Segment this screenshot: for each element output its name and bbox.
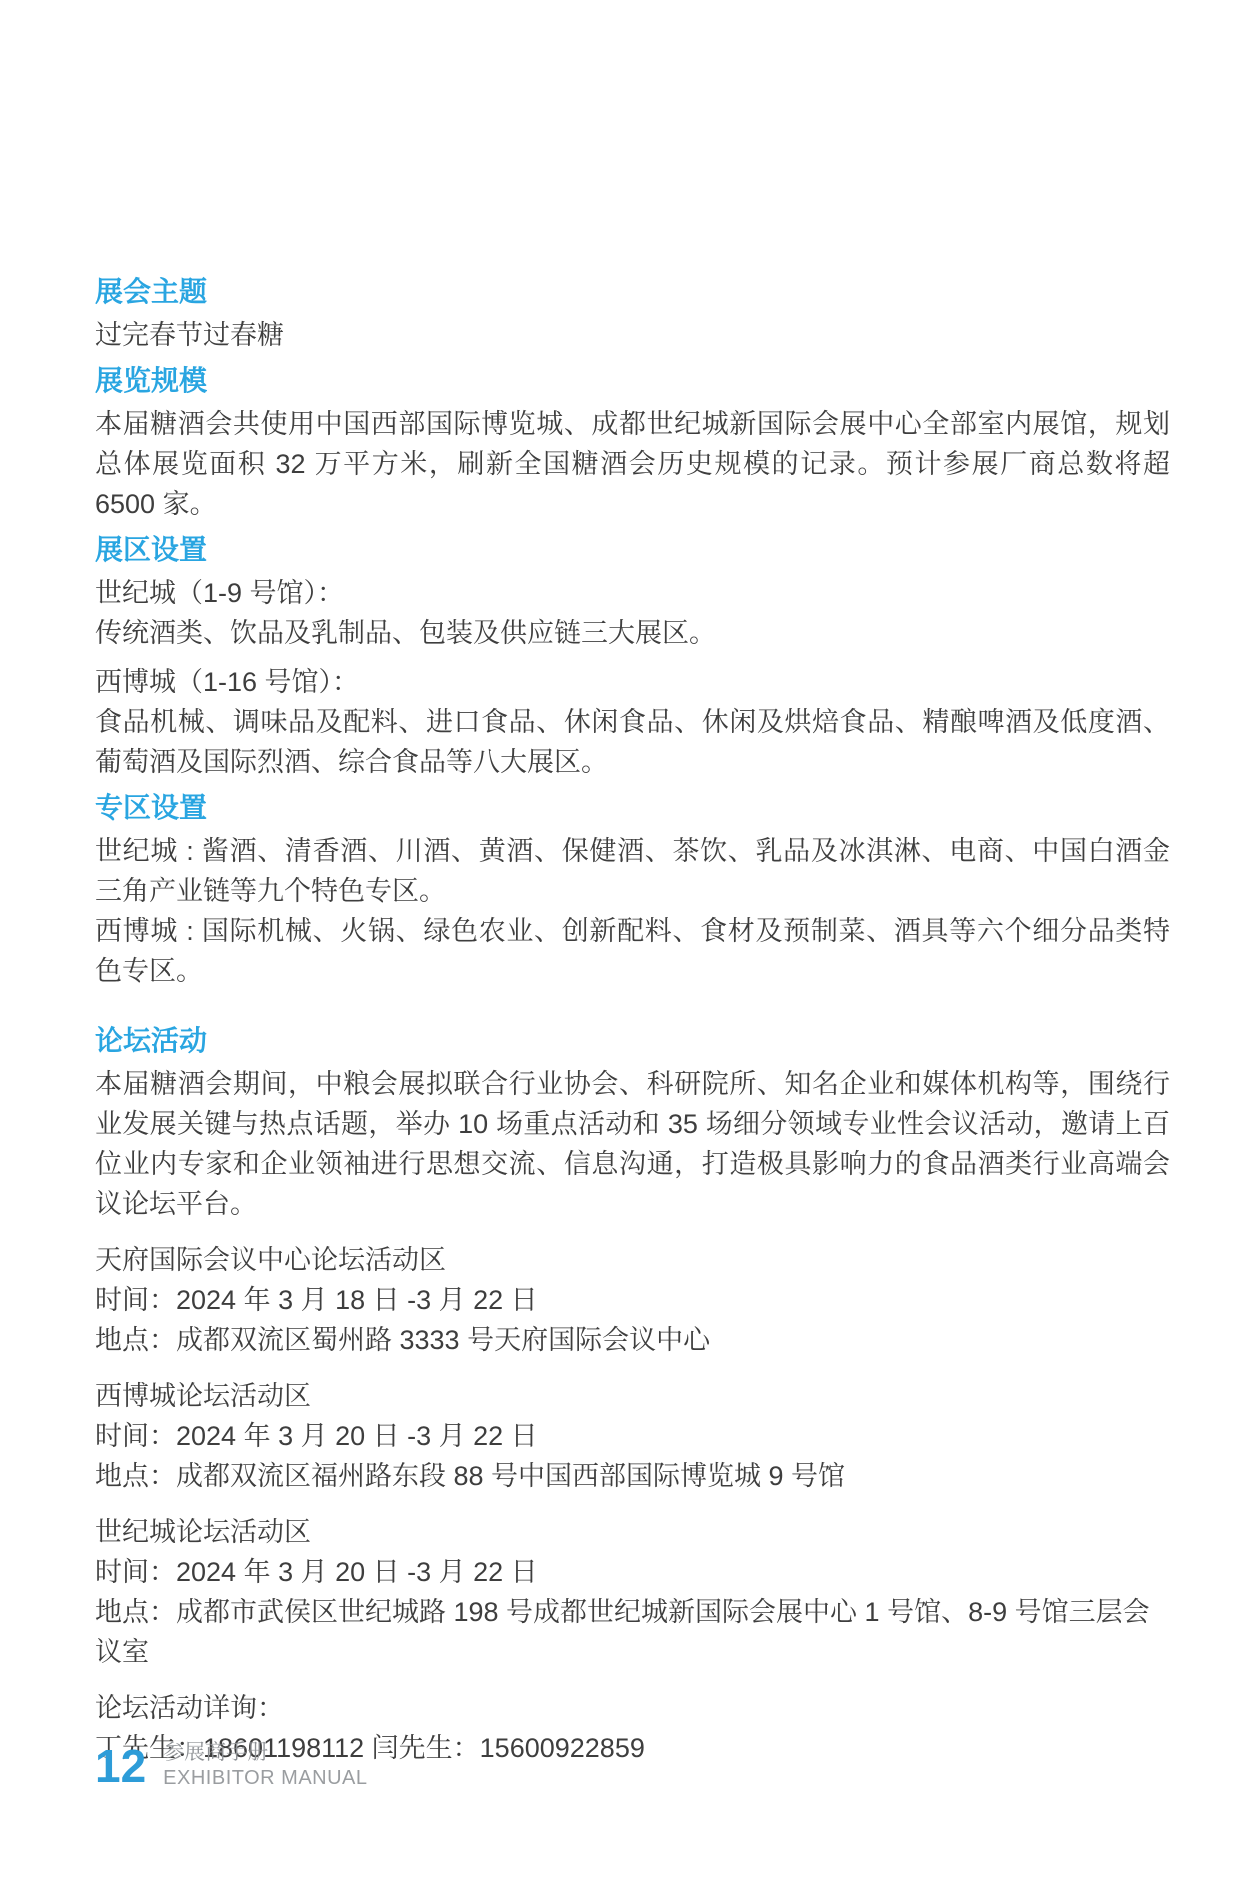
text-forum-intro: 本届糖酒会期间，中粮会展拟联合行业协会、科研院所、知名企业和媒体机构等，围绕行业… (95, 1064, 1170, 1224)
manual-title-chinese: 参展商手册 (163, 1740, 367, 1766)
venue-time: 时间：2024 年 3 月 20 日 -3 月 22 日 (95, 1416, 1170, 1456)
venue-place: 地点：成都市武侯区世纪城路 198 号成都世纪城新国际会展中心 1 号馆、8-9… (95, 1592, 1170, 1672)
heading-forum-activities: 论坛活动 (95, 1023, 1170, 1059)
text-century-city-halls-title: 世纪城（1-9 号馆）： (95, 573, 1170, 613)
venue-title: 世纪城论坛活动区 (95, 1512, 1170, 1552)
manual-title-english: EXHIBITOR MANUAL (163, 1766, 367, 1791)
page-number: 12 (95, 1742, 146, 1790)
section-exhibition-theme: 展会主题 过完春节过春糖 (95, 274, 1170, 355)
venue-place: 地点：成都双流区蜀州路 3333 号天府国际会议中心 (95, 1320, 1170, 1360)
text-special-zones-century-city: 世纪城 : 酱酒、清香酒、川酒、黄酒、保健酒、茶饮、乳品及冰淇淋、电商、中国白酒… (95, 831, 1170, 911)
page-content: 展会主题 过完春节过春糖 展览规模 本届糖酒会共使用中国西部国际博览城、成都世纪… (95, 274, 1170, 1768)
section-exhibition-scale: 展览规模 本届糖酒会共使用中国西部国际博览城、成都世纪城新国际会展中心全部室内展… (95, 363, 1170, 524)
text-exhibition-theme: 过完春节过春糖 (95, 315, 1170, 355)
heading-special-zones: 专区设置 (95, 790, 1170, 826)
venue-time: 时间：2024 年 3 月 18 日 -3 月 22 日 (95, 1280, 1170, 1320)
heading-exhibition-theme: 展会主题 (95, 274, 1170, 310)
section-forum-activities: 论坛活动 本届糖酒会期间，中粮会展拟联合行业协会、科研院所、知名企业和媒体机构等… (95, 1023, 1170, 1768)
forum-venue-tianfu: 天府国际会议中心论坛活动区 时间：2024 年 3 月 18 日 -3 月 22… (95, 1240, 1170, 1360)
footer-manual-title: 参展商手册 EXHIBITOR MANUAL (163, 1740, 367, 1791)
text-western-expo-halls-title: 西博城（1-16 号馆）： (95, 662, 1170, 702)
section-exhibition-zones: 展区设置 世纪城（1-9 号馆）： 传统酒类、饮品及乳制品、包装及供应链三大展区… (95, 532, 1170, 782)
forum-venue-century-city: 世纪城论坛活动区 时间：2024 年 3 月 20 日 -3 月 22 日 地点… (95, 1512, 1170, 1672)
venue-place: 地点：成都双流区福州路东段 88 号中国西部国际博览城 9 号馆 (95, 1456, 1170, 1496)
text-western-expo-halls-body: 食品机械、调味品及配料、进口食品、休闲食品、休闲及烘焙食品、精酿啤酒及低度酒、葡… (95, 702, 1170, 782)
section-special-zones: 专区设置 世纪城 : 酱酒、清香酒、川酒、黄酒、保健酒、茶饮、乳品及冰淇淋、电商… (95, 790, 1170, 991)
page-footer: 12 参展商手册 EXHIBITOR MANUAL (95, 1740, 368, 1791)
heading-exhibition-zones: 展区设置 (95, 532, 1170, 568)
text-century-city-halls-body: 传统酒类、饮品及乳制品、包装及供应链三大展区。 (95, 613, 1170, 653)
text-exhibition-scale: 本届糖酒会共使用中国西部国际博览城、成都世纪城新国际会展中心全部室内展馆，规划总… (95, 404, 1170, 524)
venue-title: 西博城论坛活动区 (95, 1376, 1170, 1416)
venue-time: 时间：2024 年 3 月 20 日 -3 月 22 日 (95, 1552, 1170, 1592)
contact-title: 论坛活动详询： (95, 1688, 1170, 1728)
text-special-zones-western-expo: 西博城 : 国际机械、火锅、绿色农业、创新配料、食材及预制菜、酒具等六个细分品类… (95, 911, 1170, 991)
document-page: 展会主题 过完春节过春糖 展览规模 本届糖酒会共使用中国西部国际博览城、成都世纪… (0, 0, 1260, 1890)
venue-title: 天府国际会议中心论坛活动区 (95, 1240, 1170, 1280)
forum-venue-western-expo: 西博城论坛活动区 时间：2024 年 3 月 20 日 -3 月 22 日 地点… (95, 1376, 1170, 1496)
heading-exhibition-scale: 展览规模 (95, 363, 1170, 399)
